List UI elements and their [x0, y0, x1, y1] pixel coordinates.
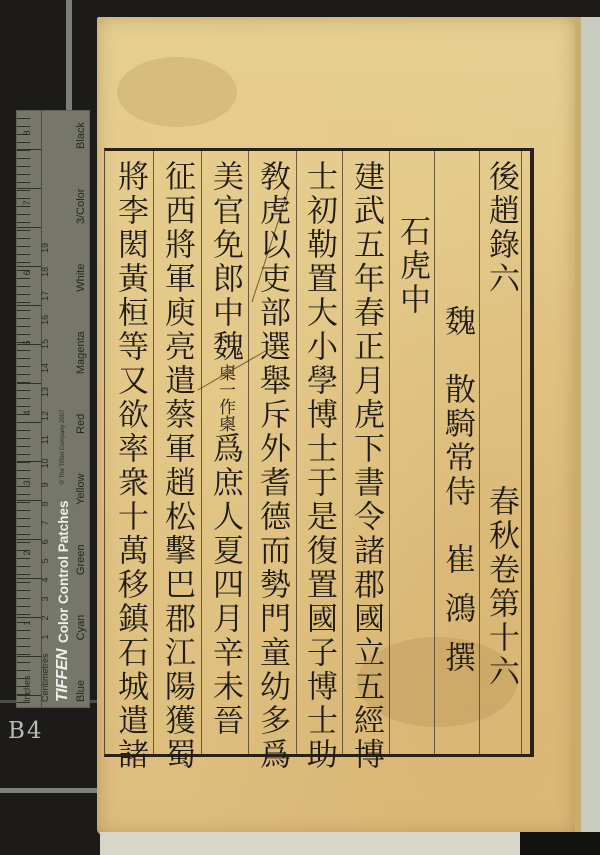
column-rule — [479, 151, 480, 754]
inch-tick: 6 — [22, 270, 32, 275]
inch-scale: Inches 1 2 3 4 5 6 7 8 — [18, 116, 36, 702]
cm-tick: 6 — [40, 539, 50, 544]
text-column-6: 將李閎黃桓等又欲率衆十萬移鎮石城遣諸 — [110, 160, 150, 772]
color-label-yellow: Yellow — [75, 474, 87, 505]
cm-tick: 3 — [40, 596, 50, 601]
cm-tick: 1 — [40, 634, 50, 639]
column-rule — [153, 151, 154, 754]
color-label-white: White — [75, 264, 87, 292]
adjacent-page-edge — [581, 17, 600, 835]
author-dynasty: 魏 — [439, 305, 475, 339]
cm-tick: 19 — [40, 243, 50, 253]
column-rule — [389, 151, 390, 754]
text-column-2: 士初勒置大小學博士于是復置國子博士助 — [299, 160, 339, 772]
cm-tick: 12 — [40, 411, 50, 421]
cm-tick: 14 — [40, 363, 50, 373]
inch-tick: 5 — [22, 340, 32, 345]
cm-units-label: Centimetres — [40, 653, 50, 702]
cm-tick: 15 — [40, 339, 50, 349]
volume-label: 春秋卷第十六 — [481, 485, 521, 689]
inch-tick: 3 — [22, 480, 32, 485]
color-label-black: Black — [75, 122, 87, 149]
column-rule — [434, 151, 435, 754]
column-4-tail: 爲庶人夏四月辛未晉 — [207, 432, 243, 738]
cm-tick: 4 — [40, 577, 50, 582]
color-label-magenta: Magenta — [75, 331, 87, 374]
color-label-red: Red — [75, 414, 87, 434]
cm-tick: 17 — [40, 291, 50, 301]
inch-tick: 8 — [22, 130, 32, 135]
author-verb: 撰 — [439, 641, 475, 675]
backdrop-grid-line — [66, 0, 72, 112]
color-label-green: Green — [75, 545, 87, 576]
inch-tick: 2 — [22, 550, 32, 555]
plate-label: B4 — [8, 718, 44, 744]
column-4-text: 美官免郎中魏 — [207, 160, 243, 364]
text-column-3: 敎虎以吏部選舉斥外耆德而勢門童幼多爲 — [252, 160, 292, 772]
cm-tick: 18 — [40, 267, 50, 277]
author-line: 魏 散騎常侍 崔鴻撰 — [437, 305, 477, 675]
inch-tick: 4 — [22, 410, 32, 415]
color-label-blue: Blue — [75, 680, 87, 702]
cm-tick: 7 — [40, 520, 50, 525]
cm-tick: 13 — [40, 387, 50, 397]
cm-tick: 5 — [40, 558, 50, 563]
color-control-strip: Inches 1 2 3 4 5 6 7 8 Centimetres 1 2 3… — [16, 110, 90, 708]
cm-tick: 8 — [40, 501, 50, 506]
section-heading: 石虎中 — [392, 215, 432, 317]
column-rule — [342, 151, 343, 754]
cm-tick: 9 — [40, 482, 50, 487]
cm-scale: Centimetres 1 2 3 4 5 6 7 8 9 10 11 12 1… — [36, 116, 54, 702]
column-rule — [201, 151, 202, 754]
brand-row: TIFFEN Color Control Patches © The Tiffe… — [54, 116, 72, 702]
book-title: 後趙錄六 — [481, 160, 521, 296]
cm-tick: 10 — [40, 458, 50, 468]
inch-tick: 1 — [22, 620, 32, 625]
text-column-5: 征西將軍庾亮遣蔡軍趙松擊巴郡江陽獲蜀 — [157, 160, 197, 772]
color-label-3color: 3/Color — [75, 189, 87, 224]
ruler-text-block: Inches 1 2 3 4 5 6 7 8 Centimetres 1 2 3… — [16, 110, 90, 708]
strip-title: Color Control Patches — [56, 500, 71, 643]
column-rule — [248, 151, 249, 754]
tiffen-logo: TIFFEN — [54, 649, 72, 702]
backdrop-grid-line — [0, 788, 100, 793]
strip-copyright: © The Tiffen Company 2007 — [60, 410, 66, 485]
author-office: 散騎常侍 — [439, 373, 475, 509]
author-name: 崔鴻 — [439, 543, 475, 641]
column-rule — [521, 151, 522, 754]
cm-tick: 16 — [40, 315, 50, 325]
column-rule — [296, 151, 297, 754]
bottom-backing-strip — [100, 832, 520, 855]
text-column-1: 建武五年春正月虎下書令諸郡國立五經博 — [346, 160, 386, 772]
color-label-cyan: Cyan — [75, 615, 87, 641]
bottom-backdrop — [520, 832, 600, 855]
inch-tick: 7 — [22, 200, 32, 205]
inch-units-label: Inches — [22, 675, 32, 702]
paper-stain — [117, 57, 237, 127]
cm-tick: 11 — [40, 435, 50, 444]
color-labels-row: Blue Cyan Green Yellow Red Magenta White… — [72, 116, 90, 702]
cm-tick: 2 — [40, 615, 50, 620]
text-column-4: 美官免郎中魏㮚一作㮚爲庶人夏四月辛未晉 — [205, 160, 245, 738]
